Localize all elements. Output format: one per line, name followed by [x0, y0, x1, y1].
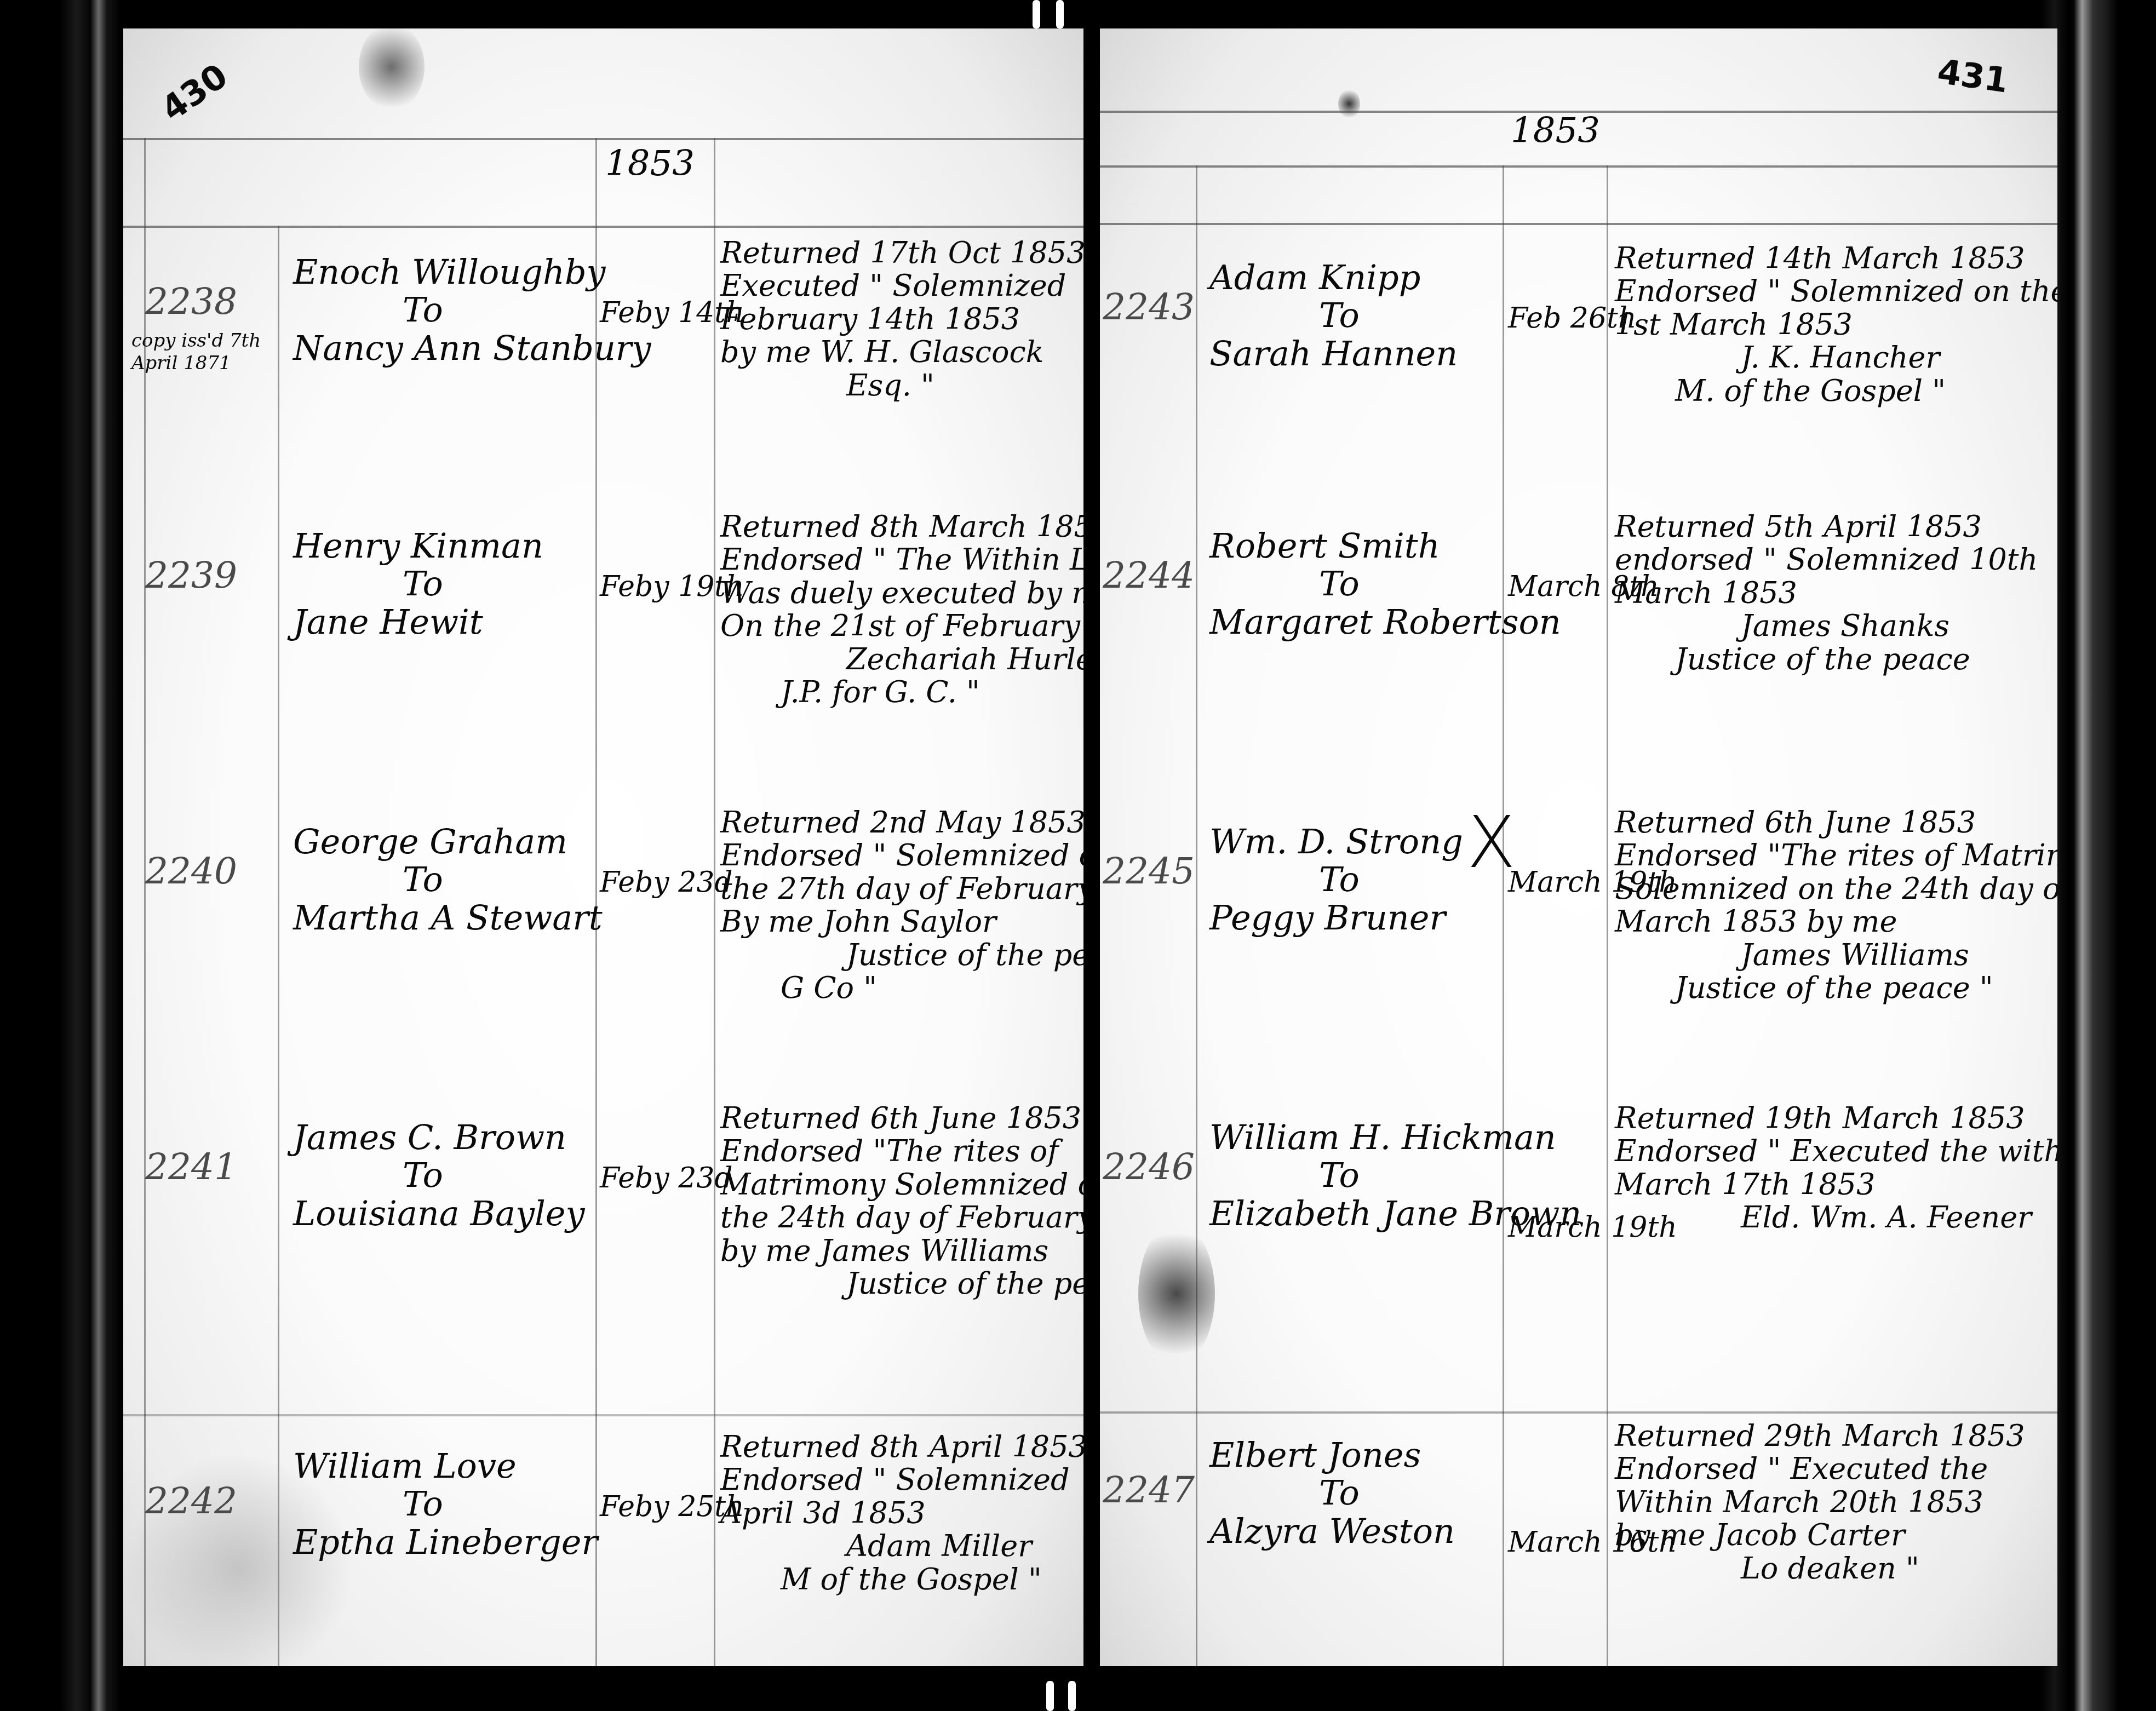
- binding-gutter: [1083, 28, 1101, 1666]
- return-endorsement: Returned 8th March 1853Endorsed " The Wi…: [720, 510, 1087, 709]
- ledger-spread: 430 1853 2238copy iss'd 7thApril 1871Eno…: [0, 0, 2156, 1711]
- return-line: Matrimony Solemnized on: [720, 1168, 1087, 1201]
- entry-number: 2238: [145, 280, 237, 323]
- row-rule: [123, 1414, 1087, 1416]
- ink-stain: [1138, 1222, 1215, 1365]
- bride-name: Louisiana Bayley: [293, 1195, 585, 1232]
- groom-name: Enoch Willoughby: [293, 253, 651, 291]
- header-rule: [1100, 223, 2057, 225]
- return-line: Returned 2nd May 1853: [720, 806, 1087, 839]
- return-line: by me Jacob Carter: [1615, 1519, 2025, 1552]
- return-line: Returned 5th April 1853: [1615, 510, 2038, 543]
- officiant-name: Justice of the peace fo: [720, 939, 1087, 972]
- return-line: Endorsed "The rites of Matrimony: [1615, 839, 2057, 872]
- groom-name: James C. Brown: [293, 1118, 585, 1156]
- officiant-title: Justice of the peace: [1615, 643, 2038, 676]
- return-endorsement: Returned 6th June 1853Endorsed "The rite…: [1615, 806, 2057, 1005]
- header-rule: [123, 226, 1087, 228]
- groom-name: Robert Smith: [1209, 527, 1561, 565]
- return-line: Endorsed " Executed the within: [1615, 1135, 2057, 1168]
- parties: Wm. D. StrongToPeggy Bruner: [1209, 823, 1463, 937]
- license-date: Feby 23d: [600, 1162, 733, 1194]
- entry-number: 2244: [1103, 554, 1195, 596]
- ink-spot: [1338, 89, 1360, 119]
- return-endorsement: Returned 6th June 1853Endorsed "The rite…: [720, 1102, 1087, 1301]
- officiant-name: Justice of the peac: [720, 1267, 1087, 1300]
- parties: George GrahamToMartha A Stewart: [293, 823, 603, 937]
- return-line: March 1853 by me: [1615, 905, 2057, 938]
- officiant-title: M. of the Gospel ": [1615, 375, 2057, 407]
- return-line: Endorsed " The Within Licen: [720, 543, 1087, 576]
- return-line: by me James Williams: [720, 1235, 1087, 1267]
- return-line: Returned 8th April 1853: [720, 1431, 1087, 1463]
- return-line: the 27th day of February 1853: [720, 872, 1087, 905]
- header-rule: [1100, 165, 2057, 168]
- return-line: Endorsed " Executed the: [1615, 1452, 2025, 1485]
- bride-name: Peggy Bruner: [1209, 899, 1463, 937]
- return-line: by me W. H. Glascock: [720, 336, 1086, 369]
- entry-number: 2241: [145, 1146, 237, 1188]
- groom-name: Henry Kinman: [293, 527, 543, 565]
- connector-to: To: [1209, 860, 1463, 898]
- page-number: 430: [154, 55, 235, 129]
- entry-number: 2247: [1103, 1469, 1195, 1511]
- officiant-title: Justice of the peace ": [1615, 972, 2057, 1004]
- return-endorsement: Returned 5th April 1853endorsed " Solemn…: [1615, 510, 2038, 676]
- return-endorsement: Returned 2nd May 1853Endorsed " Solemniz…: [720, 806, 1087, 1005]
- entry-number: 2245: [1103, 850, 1195, 892]
- column-line: [1607, 165, 1608, 1666]
- return-line: Returned 19th March 1853: [1615, 1102, 2057, 1135]
- connector-to: To: [1209, 296, 1458, 334]
- groom-name: Elbert Jones: [1209, 1436, 1455, 1474]
- connector-to: To: [1209, 1156, 1581, 1194]
- officiant-title: M of the Gospel ": [720, 1563, 1087, 1596]
- officiant-title: G Co ": [720, 972, 1087, 1004]
- return-line: On the 21st of February 1853: [720, 610, 1087, 642]
- return-line: Was duely executed by me: [720, 577, 1087, 610]
- parties: Henry KinmanToJane Hewit: [293, 527, 543, 641]
- officiant-name: Adam Miller: [720, 1530, 1087, 1563]
- ink-stain: [359, 28, 425, 111]
- bride-name: Jane Hewit: [293, 603, 543, 641]
- page-number: 431: [1935, 51, 2010, 100]
- groom-name: George Graham: [293, 823, 603, 860]
- return-line: Solemnized on the 24th day of: [1615, 872, 2057, 905]
- officiant-name: Eld. Wm. A. Feener: [1615, 1201, 2057, 1234]
- book-edge-left: [0, 0, 126, 1711]
- parties: Adam KnippToSarah Hannen: [1209, 259, 1458, 372]
- annotation-line: copy iss'd 7th: [131, 330, 261, 352]
- return-line: Within March 20th 1853: [1615, 1486, 2025, 1519]
- return-line: Returned 6th June 1853: [1615, 806, 2057, 839]
- parties: Elbert JonesToAlzyra Weston: [1209, 1436, 1455, 1550]
- return-line: Endorsed "The rites of: [720, 1135, 1087, 1168]
- return-endorsement: Returned 17th Oct 1853Executed " Solemni…: [720, 237, 1086, 402]
- officiant-name: J. K. Hancher: [1615, 341, 2057, 374]
- binding-clip: [1033, 0, 1040, 28]
- return-line: February 14th 1853: [720, 303, 1086, 336]
- officiant-name: Zechariah Hurley: [720, 643, 1087, 676]
- parties: James C. BrownToLouisiana Bayley: [293, 1118, 585, 1232]
- return-endorsement: Returned 8th April 1853Endorsed " Solemn…: [720, 1431, 1087, 1596]
- entry-number: 2242: [145, 1480, 237, 1522]
- entry-number: 2239: [145, 554, 237, 596]
- return-line: the 24th day of February 1853: [720, 1201, 1087, 1234]
- groom-name: Wm. D. Strong: [1209, 823, 1463, 860]
- binding-clip: [1046, 1681, 1054, 1711]
- row-rule: [1100, 1411, 2057, 1414]
- return-line: Returned 14th March 1853: [1615, 242, 2057, 275]
- page-right: 431 1853 2243Adam KnippToSarah HannenFeb…: [1100, 28, 2057, 1666]
- return-line: Endorsed " Solemnized: [720, 1463, 1087, 1496]
- return-endorsement: Returned 19th March 1853Endorsed " Execu…: [1615, 1102, 2057, 1235]
- column-line: [1503, 165, 1504, 1666]
- return-line: March 17th 1853: [1615, 1168, 2057, 1201]
- return-line: 1st March 1853: [1615, 308, 2057, 341]
- entry-number: 2243: [1103, 286, 1195, 328]
- entry-number: 2240: [145, 850, 237, 892]
- binding-clip: [1056, 0, 1064, 28]
- connector-to: To: [293, 291, 651, 329]
- groom-name: Adam Knipp: [1209, 259, 1458, 296]
- copy-annotation: copy iss'd 7thApril 1871: [131, 330, 261, 375]
- column-line: [1196, 165, 1197, 1666]
- groom-name: William H. Hickman: [1209, 1118, 1581, 1156]
- return-endorsement: Returned 14th March 1853Endorsed " Solem…: [1615, 242, 2057, 407]
- return-line: By me John Saylor: [720, 905, 1087, 938]
- bride-name: Sarah Hannen: [1209, 335, 1458, 372]
- officiant-name: James Shanks: [1615, 610, 2038, 642]
- column-line: [714, 138, 715, 1666]
- return-line: Endorsed " Solemnized on the: [1615, 275, 2057, 308]
- license-date: Feby 23d: [600, 866, 733, 898]
- parties: William LoveToEptha Lineberger: [293, 1447, 598, 1561]
- entry-number: 2246: [1103, 1146, 1195, 1188]
- return-line: March 1853: [1615, 577, 2038, 610]
- officiant-title: J.P. for G. C. ": [720, 676, 1087, 709]
- officiant-name: James Williams: [1615, 939, 2057, 972]
- return-line: Returned 17th Oct 1853: [720, 237, 1086, 269]
- officiant-name: Esq. ": [720, 369, 1086, 402]
- return-line: Returned 29th March 1853: [1615, 1420, 2025, 1452]
- bride-name: Eptha Lineberger: [293, 1523, 598, 1561]
- bride-name: Nancy Ann Stanbury: [293, 329, 651, 367]
- column-line: [278, 226, 279, 1666]
- return-line: April 3d 1853: [720, 1497, 1087, 1530]
- return-line: endorsed " Solemnized 10th: [1615, 543, 2038, 576]
- return-line: Executed " Solemnized: [720, 269, 1086, 302]
- connector-to: To: [293, 565, 543, 602]
- binding-clip: [1068, 1681, 1076, 1711]
- return-endorsement: Returned 29th March 1853Endorsed " Execu…: [1615, 1420, 2025, 1585]
- return-line: Endorsed " Solemnized on: [720, 839, 1087, 872]
- bride-name: Martha A Stewart: [293, 899, 603, 937]
- page-left: 430 1853 2238copy iss'd 7thApril 1871Eno…: [123, 28, 1087, 1666]
- annotation-line: April 1871: [131, 352, 261, 375]
- connector-to: To: [293, 860, 603, 898]
- connector-to: To: [293, 1485, 598, 1523]
- groom-name: William Love: [293, 1447, 598, 1485]
- parties: Enoch WilloughbyToNancy Ann Stanbury: [293, 253, 651, 367]
- connector-to: To: [1209, 1474, 1455, 1512]
- bride-name: Alzyra Weston: [1209, 1512, 1455, 1550]
- year-header: 1853: [1511, 111, 1600, 151]
- return-line: Returned 6th June 1853: [720, 1102, 1087, 1135]
- header-rule: [123, 138, 1087, 140]
- bride-name: Margaret Robertson: [1209, 603, 1561, 641]
- return-line: Returned 8th March 1853: [720, 510, 1087, 543]
- book-edge-right: [2041, 0, 2156, 1711]
- connector-to: To: [293, 1156, 585, 1194]
- year-header: 1853: [605, 143, 695, 184]
- officiant-name: Lo deaken ": [1615, 1552, 2025, 1585]
